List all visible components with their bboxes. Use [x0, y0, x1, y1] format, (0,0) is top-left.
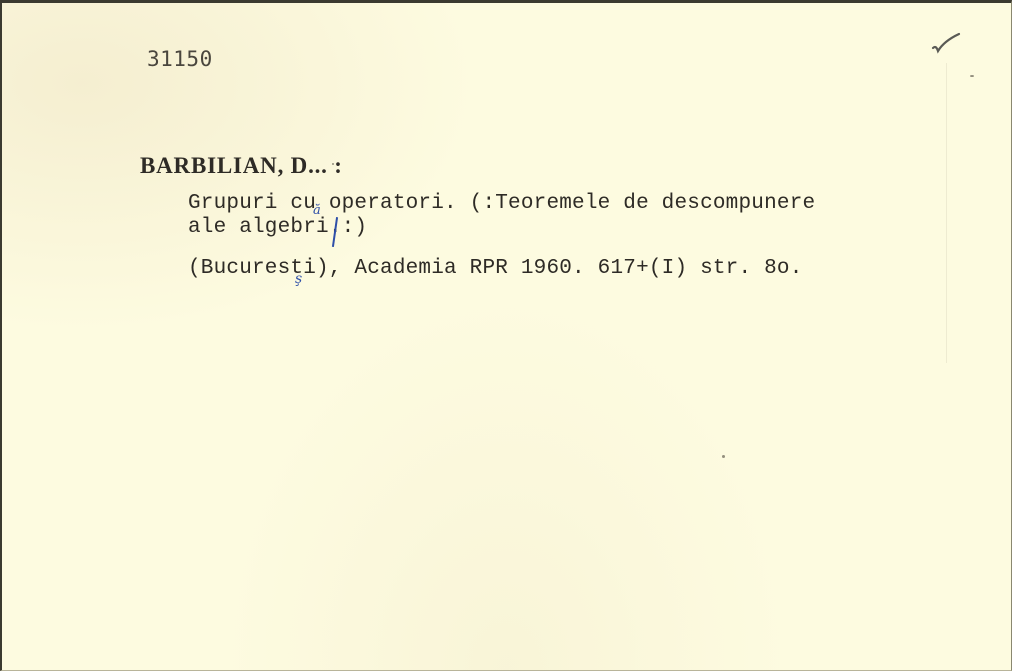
paper-speck	[332, 163, 334, 165]
handwritten-cedilla-correction: ş	[295, 271, 302, 287]
check-mark-icon	[930, 31, 962, 55]
paper-speck	[970, 75, 974, 77]
title-line-1: Grupuri cu operatori. (:Teoremele de des…	[188, 193, 815, 215]
margin-guide-line	[946, 63, 947, 363]
paper-speck	[722, 455, 725, 458]
imprint-line: (Bucuresti), Academia RPR 1960. 617+(I) …	[188, 258, 803, 280]
author-heading: BARBILIAN, D... :	[140, 155, 343, 177]
catalog-card: 31150 BARBILIAN, D... : Grupuri cu opera…	[0, 0, 1012, 671]
call-number: 31150	[147, 48, 213, 70]
handwritten-breve-correction: ă	[313, 203, 321, 218]
title-line-2: ale algebri.:)	[188, 217, 367, 239]
